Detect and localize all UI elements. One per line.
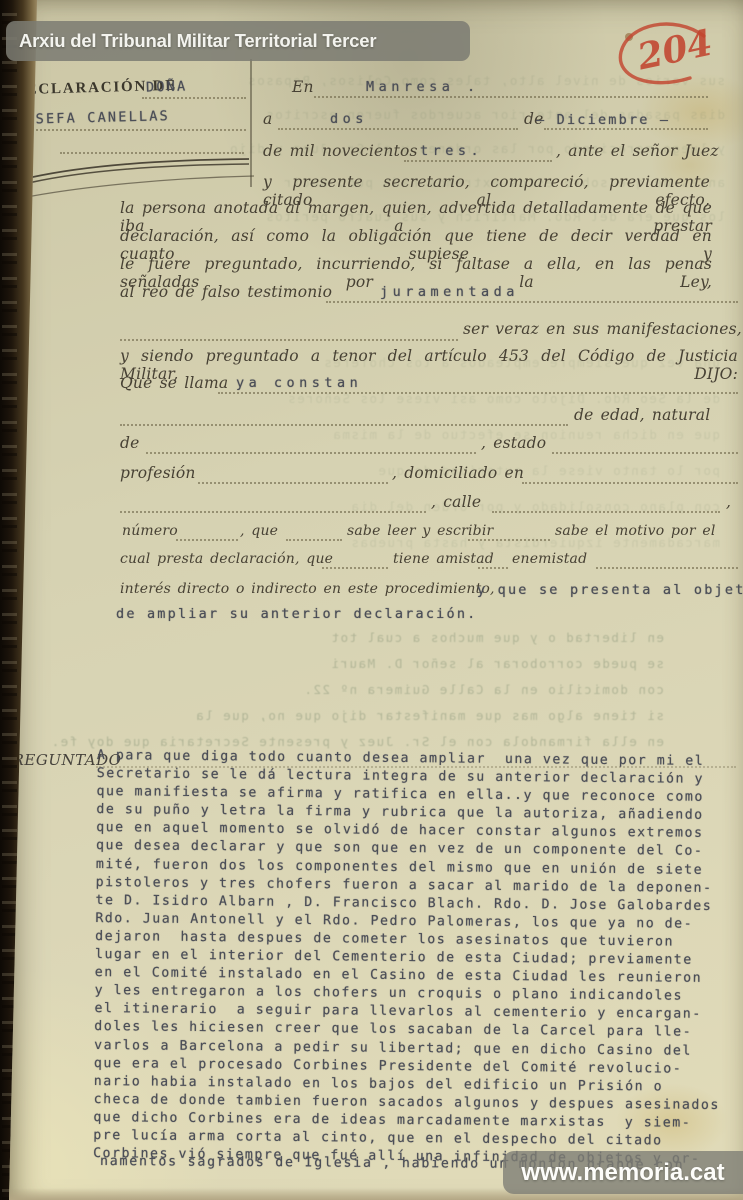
form-label-en: En [292, 78, 314, 96]
watermark-badge: www.memoria.cat [503, 1151, 743, 1194]
ya-constan-typed: ya constan [236, 375, 362, 391]
se-presenta-typed: y que se presenta al objeto [477, 582, 743, 598]
year-typed: tres. [420, 143, 483, 159]
form-label-domiciliado: , domiciliado en [392, 464, 524, 482]
archive-banner-text: Arxiu del Tribunal Militar Territorial T… [19, 30, 376, 52]
form-label-cual-presta: cual presta declaración, que [120, 551, 333, 567]
form-label-sabe-leer: sabe leer y escribir [347, 523, 493, 539]
day-typed: dos [330, 111, 368, 127]
form-label-edad-natural: de edad, natural [574, 406, 710, 424]
form-label-que2: , que [240, 523, 278, 539]
form-label-estado: , estado [481, 434, 546, 452]
juramentada-typed: juramentada [380, 284, 519, 300]
folio-number-handwritten: 204 [600, 12, 740, 96]
statement-typed-paragraph: A para que diga todo cuanto desea amplia… [93, 747, 743, 1169]
form-label-profesion: profesión [120, 464, 196, 482]
declarant-title-typed: DOÑA [146, 78, 188, 95]
form-label-enemistad: enemistad [512, 551, 587, 567]
form-label-interes: interés directo o indirecto en este proc… [120, 581, 495, 597]
month-typed: — Diciembre — [536, 112, 670, 128]
place-typed: Manresa . [366, 79, 480, 95]
archive-banner: Arxiu del Tribunal Militar Territorial T… [6, 21, 470, 61]
folio-number-text: 204 [633, 22, 716, 79]
bleedthrough-text: en libertad o y que muchos a cual tot se… [14, 625, 664, 755]
form-label-comma: , [726, 493, 731, 511]
form-label-calle: , calle [431, 493, 481, 511]
ampliar-typed: de ampliar su anterior declaración. [116, 606, 477, 622]
form-label-ser-veraz: ser veraz en sus manifestaciones, [463, 320, 742, 338]
form-label-amistad: tiene amistad [393, 551, 494, 567]
form-label-mil-novecientos: de mil novecientos [263, 142, 418, 160]
form-label-numero: número [122, 523, 178, 539]
watermark-text: www.memoria.cat [521, 1159, 724, 1187]
form-label-motivo: sabe el motivo por el [555, 523, 716, 539]
form-label-a: a [263, 110, 272, 128]
document-page: sus varios de nivel alto, tales como Col… [0, 0, 743, 1200]
declarant-name-typed: JOSEFA CANELLAS [15, 108, 170, 128]
form-label-que-se-llama: Que se llama [120, 374, 228, 392]
form-label-falso-testimonio: al reo de falso testimonio [120, 283, 332, 301]
form-label-ante-juez: , ante el señor Juez [556, 142, 719, 160]
form-label-de2: de [120, 434, 140, 452]
